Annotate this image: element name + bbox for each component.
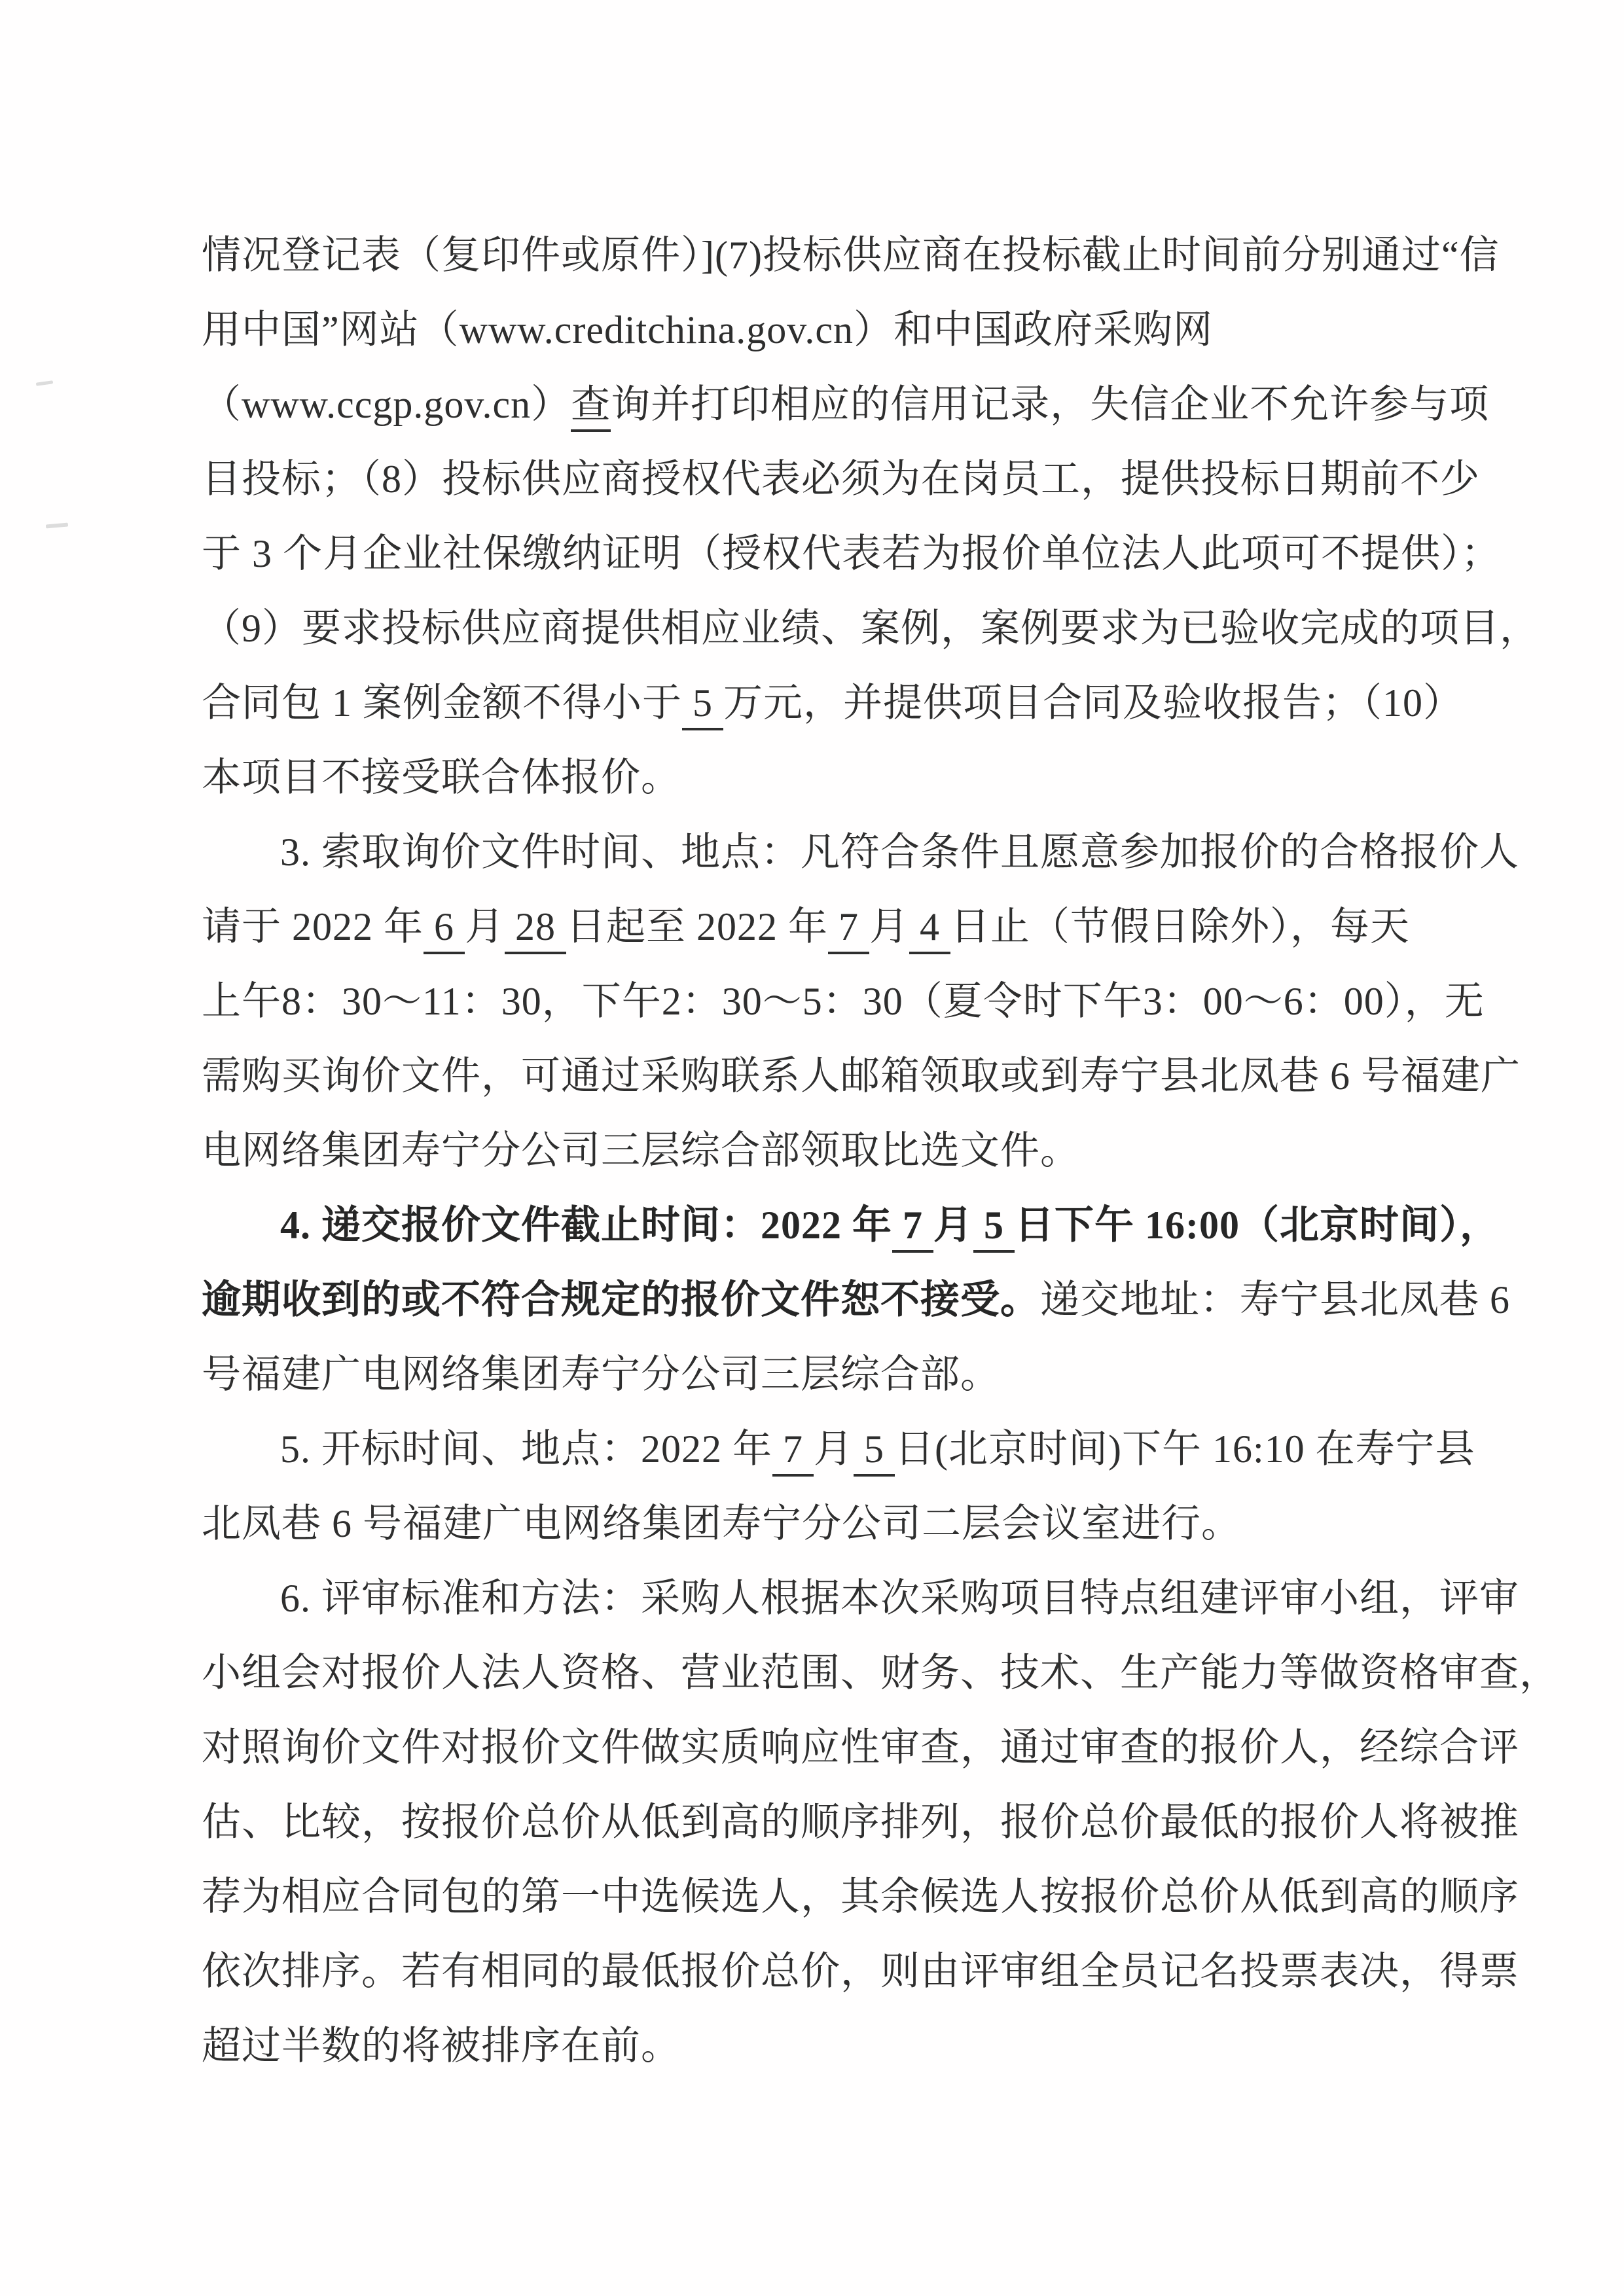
text-line: 超过半数的将被排序在前。 <box>202 2009 1439 2083</box>
text-line: 需购买询价文件，可通过采购联系人邮箱领取或到寿宁县北凤巷 6 号福建广 <box>202 1039 1439 1113</box>
text-segment: 北凤巷 6 号福建广电网络集团寿宁分公司二层会议室进行。 <box>202 1502 1241 1545</box>
text-segment: 对照询价文件对报价文件做实质响应性审查，通过审查的报价人，经综合评 <box>202 1726 1519 1769</box>
text-segment: 4. 递交报价文件截止时间：2022 年 <box>280 1204 892 1247</box>
text-segment: 电网络集团寿宁分公司三层综合部领取比选文件。 <box>202 1129 1080 1172</box>
text-line: 目投标；（8）投标供应商授权代表必须为在岗员工，提供投标日期前不少 <box>202 442 1439 516</box>
text-line: （9）要求投标供应商提供相应业绩、案例，案例要求为已验收完成的项目， <box>202 591 1439 666</box>
text-segment: 逾期收到的或不符合规定的报价文件恕不接受。 <box>202 1278 1040 1321</box>
text-segment: 日下午 16:00（北京时间）， <box>1015 1204 1500 1247</box>
text-line: 对照询价文件对报价文件做实质响应性审查，通过审查的报价人，经综合评 <box>202 1710 1439 1785</box>
underlined-value: 4 <box>909 905 950 954</box>
text-line: 情况登记表（复印件或原件）](7)投标供应商在投标截止时间前分别通过“信 <box>202 218 1439 293</box>
document-body: 情况登记表（复印件或原件）](7)投标供应商在投标截止时间前分别通过“信用中国”… <box>202 218 1439 2083</box>
text-segment: 日(北京时间)下午 16:10 在寿宁县 <box>895 1427 1475 1471</box>
text-segment: 3. 索取询价文件时间、地点：凡符合条件且愿意参加报价的合格报价人 <box>280 831 1519 874</box>
text-segment: 合同包 1 案例金额不得小于 <box>202 681 682 725</box>
text-line: 北凤巷 6 号福建广电网络集团寿宁分公司二层会议室进行。 <box>202 1486 1439 1561</box>
text-line: 依次排序。若有相同的最低报价总价，则由评审组全员记名投票表决，得票 <box>202 1934 1439 2009</box>
document-page: 情况登记表（复印件或原件）](7)投标供应商在投标截止时间前分别通过“信用中国”… <box>0 0 1624 2296</box>
text-line: 4. 递交报价文件截止时间：2022 年 7 月 5 日下午 16:00（北京时… <box>202 1188 1439 1263</box>
text-segment: 询并打印相应的信用记录，失信企业不允许参与项 <box>611 383 1489 426</box>
underlined-value: 7 <box>828 905 869 954</box>
text-segment: （www.ccgp.gov.cn） <box>202 383 571 426</box>
text-segment: 情况登记表（复印件或原件）](7)投标供应商在投标截止时间前分别通过“信 <box>202 234 1500 277</box>
text-line: 3. 索取询价文件时间、地点：凡符合条件且愿意参加报价的合格报价人 <box>202 815 1439 889</box>
text-segment: 目投标；（8）投标供应商授权代表必须为在岗员工，提供投标日期前不少 <box>202 457 1480 501</box>
text-line: 电网络集团寿宁分公司三层综合部领取比选文件。 <box>202 1113 1439 1188</box>
text-segment: 用中国”网站（www.creditchina.gov.cn）和中国政府采购网 <box>202 308 1213 351</box>
text-segment: 万元，并提供项目合同及验收报告；（10） <box>723 681 1463 725</box>
underlined-value: 28 <box>505 905 566 954</box>
underlined-value: 5 <box>682 681 723 730</box>
text-segment: 本项目不接受联合体报价。 <box>202 756 681 799</box>
text-segment: 月 <box>933 1204 973 1247</box>
underlined-value: 5 <box>854 1427 895 1477</box>
text-segment: 依次排序。若有相同的最低报价总价，则由评审组全员记名投票表决，得票 <box>202 1950 1519 1993</box>
text-segment: 荐为相应合同包的第一中选候选人，其余候选人按报价总价从低到高的顺序 <box>202 1875 1519 1918</box>
text-segment: 号福建广电网络集团寿宁分公司三层综合部。 <box>202 1353 1000 1396</box>
underlined-value: 7 <box>892 1204 933 1253</box>
text-segment: 月 <box>814 1427 854 1471</box>
underlined-value: 5 <box>973 1204 1015 1253</box>
text-segment: 月 <box>869 905 909 948</box>
text-line: （www.ccgp.gov.cn）查询并打印相应的信用记录，失信企业不允许参与项 <box>202 367 1439 442</box>
text-segment: 于 3 个月企业社保缴纳证明（授权代表若为报价单位法人此项可不提供）； <box>202 532 1501 575</box>
text-line: 5. 开标时间、地点：2022 年 7 月 5 日(北京时间)下午 16:10 … <box>202 1412 1439 1486</box>
text-line: 合同包 1 案例金额不得小于 5 万元，并提供项目合同及验收报告；（10） <box>202 666 1439 740</box>
text-segment: 超过半数的将被排序在前。 <box>202 2024 681 2068</box>
text-segment: 日止（节假日除外），每天 <box>950 905 1410 948</box>
scan-speck <box>36 380 53 386</box>
text-segment: 小组会对报价人法人资格、营业范围、财务、技术、生产能力等做资格审查， <box>202 1651 1559 1695</box>
text-segment: （9）要求投标供应商提供相应业绩、案例，案例要求为已验收完成的项目， <box>202 607 1540 650</box>
text-line: 荐为相应合同包的第一中选候选人，其余候选人按报价总价从低到高的顺序 <box>202 1859 1439 1934</box>
text-line: 用中国”网站（www.creditchina.gov.cn）和中国政府采购网 <box>202 293 1439 367</box>
underlined-value: 查 <box>571 383 611 432</box>
underlined-value: 7 <box>772 1427 814 1477</box>
scan-speck <box>46 523 68 529</box>
text-line: 6. 评审标准和方法：采购人根据本次采购项目特点组建评审小组，评审 <box>202 1561 1439 1636</box>
text-segment: 5. 开标时间、地点：2022 年 <box>280 1427 772 1471</box>
text-line: 请于 2022 年 6 月 28 日起至 2022 年 7 月 4 日止（节假日… <box>202 889 1439 964</box>
text-segment: 6. 评审标准和方法：采购人根据本次采购项目特点组建评审小组，评审 <box>280 1577 1519 1620</box>
text-segment: 估、比较，按报价总价从低到高的顺序排列，报价总价最低的报价人将被推 <box>202 1801 1519 1844</box>
text-line: 号福建广电网络集团寿宁分公司三层综合部。 <box>202 1337 1439 1412</box>
underlined-value: 6 <box>424 905 465 954</box>
text-line: 于 3 个月企业社保缴纳证明（授权代表若为报价单位法人此项可不提供）； <box>202 516 1439 591</box>
text-segment: 上午8：30～11：30，下午2：30～5：30（夏令时下午3：00～6：00）… <box>202 980 1485 1023</box>
text-line: 逾期收到的或不符合规定的报价文件恕不接受。递交地址：寿宁县北凤巷 6 <box>202 1263 1439 1337</box>
text-line: 本项目不接受联合体报价。 <box>202 740 1439 815</box>
text-segment: 递交地址：寿宁县北凤巷 6 <box>1040 1278 1510 1321</box>
text-segment: 月 <box>465 905 505 948</box>
text-segment: 日起至 2022 年 <box>566 905 828 948</box>
text-line: 估、比较，按报价总价从低到高的顺序排列，报价总价最低的报价人将被推 <box>202 1785 1439 1859</box>
text-segment: 请于 2022 年 <box>202 905 424 948</box>
text-segment: 需购买询价文件，可通过采购联系人邮箱领取或到寿宁县北凤巷 6 号福建广 <box>202 1054 1521 1098</box>
text-line: 上午8：30～11：30，下午2：30～5：30（夏令时下午3：00～6：00）… <box>202 964 1439 1039</box>
text-line: 小组会对报价人法人资格、营业范围、财务、技术、生产能力等做资格审查， <box>202 1636 1439 1710</box>
